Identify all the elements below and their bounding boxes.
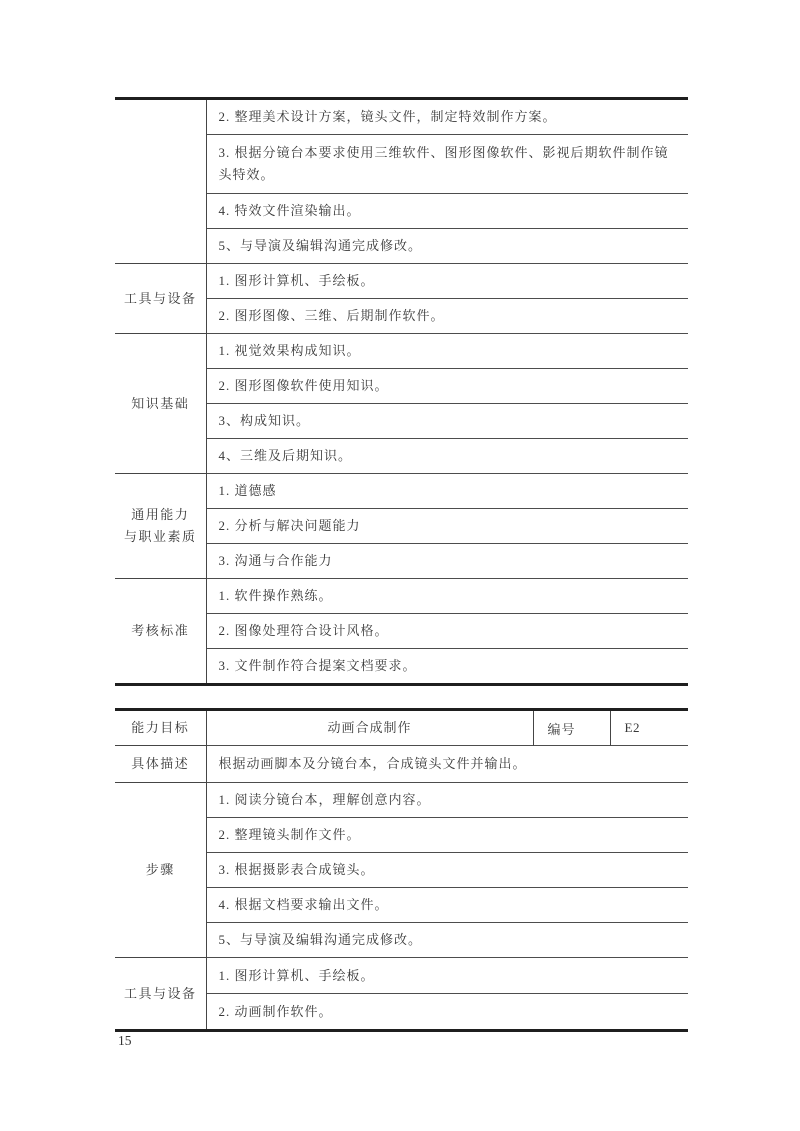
step-item: 2. 整理镜头制作文件。	[206, 818, 688, 853]
table-header-row: 能力目标 动画合成制作 编号 E2	[115, 710, 688, 746]
step-item: 3. 根据摄影表合成镜头。	[206, 853, 688, 888]
step-item: 5、与导演及编辑沟通完成修改。	[206, 923, 688, 958]
tool-item: 1. 图形计算机、手绘板。	[206, 264, 688, 299]
step-item: 5、与导演及编辑沟通完成修改。	[206, 229, 688, 264]
section-label-steps-continued	[115, 99, 206, 264]
step-item: 4. 特效文件渲染输出。	[206, 194, 688, 229]
step-item: 4. 根据文档要求输出文件。	[206, 888, 688, 923]
tool-item: 2. 图形图像、三维、后期制作软件。	[206, 299, 688, 334]
code-label: 编号	[533, 710, 610, 746]
competency-table-continued: 2. 整理美术设计方案，镜头文件，制定特效制作方案。 3. 根据分镜台本要求使用…	[115, 97, 688, 686]
table-row: 步骤 1. 阅读分镜台本，理解创意内容。	[115, 783, 688, 818]
description-text: 根据动画脚本及分镜台本，合成镜头文件并输出。	[206, 746, 688, 783]
competency-table-e2: 能力目标 动画合成制作 编号 E2 具体描述 根据动画脚本及分镜台本，合成镜头文…	[115, 708, 688, 1032]
ability-item: 3. 沟通与合作能力	[206, 544, 688, 579]
table-row: 通用能力 与职业素质 1. 道德感	[115, 474, 688, 509]
table-row: 2. 整理美术设计方案，镜头文件，制定特效制作方案。	[115, 99, 688, 135]
tool-item: 1. 图形计算机、手绘板。	[206, 958, 688, 994]
table-row: 知识基础 1. 视觉效果构成知识。	[115, 334, 688, 369]
step-item: 3. 根据分镜台本要求使用三维软件、图形图像软件、影视后期软件制作镜头特效。	[206, 135, 688, 194]
knowledge-item: 1. 视觉效果构成知识。	[206, 334, 688, 369]
ability-item: 1. 道德感	[206, 474, 688, 509]
table-row: 工具与设备 1. 图形计算机、手绘板。	[115, 264, 688, 299]
capability-goal-label: 能力目标	[115, 710, 206, 746]
table-row: 具体描述 根据动画脚本及分镜台本，合成镜头文件并输出。	[115, 746, 688, 783]
step-item: 2. 整理美术设计方案，镜头文件，制定特效制作方案。	[206, 99, 688, 135]
criteria-item: 3. 文件制作符合提案文档要求。	[206, 649, 688, 685]
ability-item: 2. 分析与解决问题能力	[206, 509, 688, 544]
criteria-item: 2. 图像处理符合设计风格。	[206, 614, 688, 649]
knowledge-item: 3、构成知识。	[206, 404, 688, 439]
section-label-assessment-criteria: 考核标准	[115, 579, 206, 685]
code-value: E2	[610, 710, 688, 746]
section-label-general-ability: 通用能力 与职业素质	[115, 474, 206, 579]
tool-item: 2. 动画制作软件。	[206, 994, 688, 1031]
table-row: 考核标准 1. 软件操作熟练。	[115, 579, 688, 614]
knowledge-item: 2. 图形图像软件使用知识。	[206, 369, 688, 404]
criteria-item: 1. 软件操作熟练。	[206, 579, 688, 614]
knowledge-item: 4、三维及后期知识。	[206, 439, 688, 474]
document-page: 2. 整理美术设计方案，镜头文件，制定特效制作方案。 3. 根据分镜台本要求使用…	[0, 0, 800, 1131]
section-label-steps: 步骤	[115, 783, 206, 958]
capability-goal-value: 动画合成制作	[206, 710, 533, 746]
section-label-tools-equipment: 工具与设备	[115, 958, 206, 1031]
section-label-knowledge-base: 知识基础	[115, 334, 206, 474]
section-label-tools-equipment: 工具与设备	[115, 264, 206, 334]
step-item: 1. 阅读分镜台本，理解创意内容。	[206, 783, 688, 818]
page-number: 15	[118, 1033, 132, 1049]
section-label-description: 具体描述	[115, 746, 206, 783]
table-row: 工具与设备 1. 图形计算机、手绘板。	[115, 958, 688, 994]
